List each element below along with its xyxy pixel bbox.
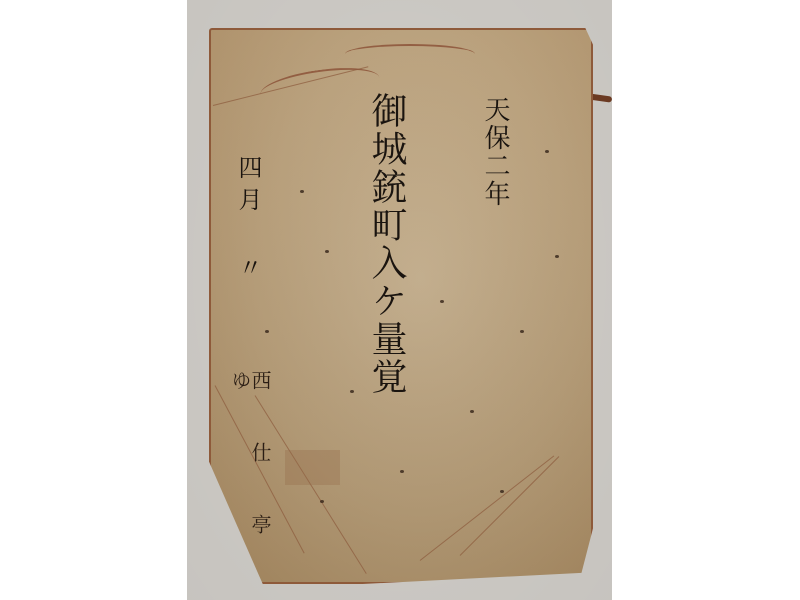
month-text: 四月 〃 [236,155,260,287]
paper-tear [345,44,475,64]
folded-corner [285,450,340,485]
era-date-text: 天保二年 [482,96,508,208]
lower-notes-text: 西 仕 亭 ゆ [230,370,270,600]
document-title-text: 御城銃町入ケ量覚 [368,92,404,396]
